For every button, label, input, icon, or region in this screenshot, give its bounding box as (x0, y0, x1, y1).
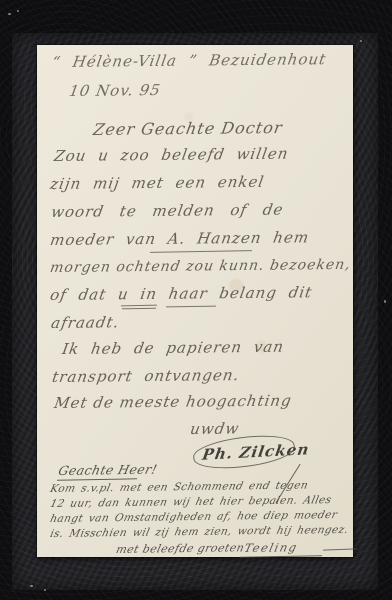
letter-line: Ik heb de papieren van (61, 340, 285, 357)
postscript-line: hangt van Omstandigheden af, hoe diep mo… (49, 510, 338, 524)
letter-line: afraadt. (50, 315, 121, 331)
underline-haar-2 (122, 308, 156, 310)
letter-salutation: Zeer Geachte Doctor (92, 120, 284, 138)
letter-place-line: “ Hélène-Villa ” Bezuidenhout (51, 52, 327, 70)
letter-date-line: 10 Nov. 95 (68, 83, 162, 99)
dust-speck (30, 585, 33, 587)
letter-closing: Met de meeste hoogachting (53, 394, 293, 411)
photograph-of-letter: “ Hélène-Villa ” Bezuidenhout 10 Nov. 95… (0, 0, 392, 600)
letter-line: morgen ochtend zou kunn. bezoeken, (49, 258, 352, 275)
letter-line: zijn mij met een enkel (49, 175, 265, 192)
letter-line: woord te melden of de (50, 203, 285, 220)
postscript-line: Kom s.v.pl. met een Schommend end tegen (49, 480, 309, 494)
teeling-flourish-tail (323, 548, 357, 550)
signature-teeling: Teeling (243, 542, 299, 554)
postscript-closing: met beleefde groeten (115, 542, 246, 555)
letter-paper: “ Hélène-Villa ” Bezuidenhout 10 Nov. 95… (37, 45, 353, 557)
letter-line: Zou u zoo beleefd willen (53, 147, 290, 164)
letter-closing2: uwdw (189, 421, 241, 437)
underline-belang (166, 306, 216, 308)
dust-speck (44, 589, 46, 591)
underline-haar-1 (121, 305, 157, 307)
letter-line: of dat u in haar belang dit (49, 285, 313, 303)
underline-geachte-heer (57, 478, 137, 480)
dust-speck (17, 10, 19, 12)
dust-speck (360, 40, 362, 42)
letter-line: moeder van A. Hanzen hem (49, 230, 310, 248)
dust-speck (384, 300, 386, 303)
dust-speck (8, 13, 11, 15)
letter-line: transport ontvangen. (51, 368, 241, 385)
underline-hanzen (150, 250, 252, 253)
postscript-salutation: Geachte Heer! (57, 464, 158, 478)
postscript-line: 12 uur, dan kunnen wij het hier bepalen.… (49, 495, 333, 509)
postscript-line: is. Misschien wil zij hem zien, wordt hi… (49, 525, 350, 540)
